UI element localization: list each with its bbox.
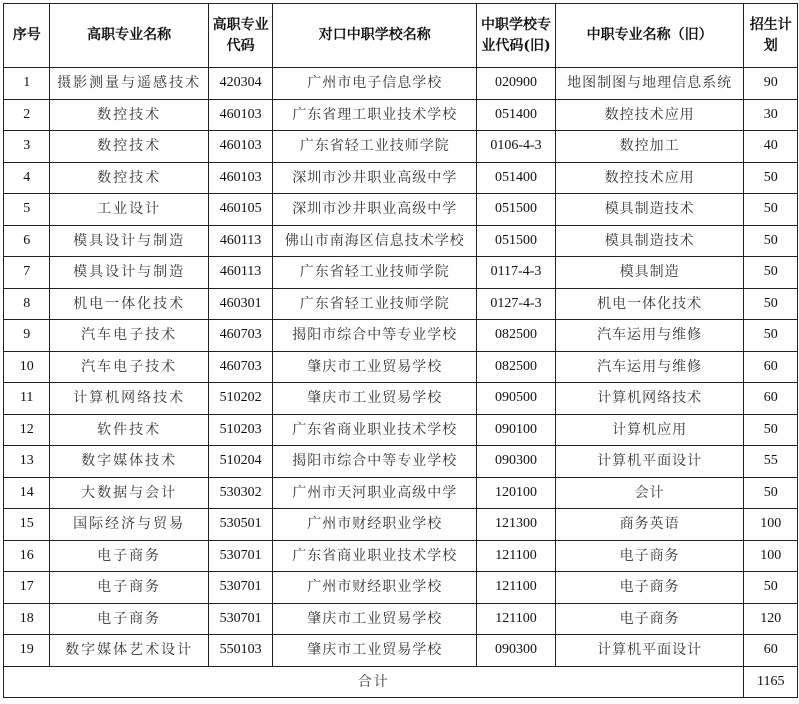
cell-serial-no: 4 xyxy=(4,162,50,194)
cell-old-major-code: 121100 xyxy=(477,540,556,572)
cell-higher-vocational-major: 计算机网络技术 xyxy=(50,383,208,415)
cell-higher-vocational-major: 摄影测量与遥感技术 xyxy=(50,68,208,100)
cell-secondary-school: 肇庆市工业贸易学校 xyxy=(273,383,477,415)
cell-higher-vocational-major: 大数据与会计 xyxy=(50,477,208,509)
cell-higher-vocational-code: 460113 xyxy=(208,257,273,289)
cell-higher-vocational-code: 460703 xyxy=(208,351,273,383)
header-higher-vocational-major: 高职专业名称 xyxy=(50,4,208,68)
cell-old-major-name: 电子商务 xyxy=(555,540,744,572)
cell-higher-vocational-major: 数控技术 xyxy=(50,99,208,131)
cell-old-major-name: 电子商务 xyxy=(555,572,744,604)
cell-old-major-code: 0117-4-3 xyxy=(477,257,556,289)
cell-secondary-school: 广州市财经职业学校 xyxy=(273,572,477,604)
cell-secondary-school: 广东省轻工业技师学院 xyxy=(273,131,477,163)
header-secondary-school: 对口中职学校名称 xyxy=(273,4,477,68)
total-row: 合计 1165 xyxy=(4,666,798,697)
table-row: 3数控技术460103广东省轻工业技师学院0106-4-3数控加工40 xyxy=(4,131,798,163)
cell-serial-no: 8 xyxy=(4,288,50,320)
table-row: 18电子商务530701肇庆市工业贸易学校121100电子商务120 xyxy=(4,603,798,635)
cell-higher-vocational-code: 460105 xyxy=(208,194,273,226)
cell-secondary-school: 广东省理工职业技术学校 xyxy=(273,99,477,131)
cell-old-major-name: 汽车运用与维修 xyxy=(555,351,744,383)
cell-serial-no: 18 xyxy=(4,603,50,635)
header-enrollment-plan: 招生计划 xyxy=(744,4,798,68)
cell-secondary-school: 广州市天河职业高级中学 xyxy=(273,477,477,509)
cell-higher-vocational-code: 530302 xyxy=(208,477,273,509)
cell-higher-vocational-code: 550103 xyxy=(208,635,273,667)
table-body: 1摄影测量与遥感技术420304广州市电子信息学校020900地图制图与地理信息… xyxy=(4,68,798,667)
cell-serial-no: 9 xyxy=(4,320,50,352)
cell-enrollment-plan: 120 xyxy=(744,603,798,635)
cell-serial-no: 16 xyxy=(4,540,50,572)
cell-higher-vocational-code: 420304 xyxy=(208,68,273,100)
cell-higher-vocational-major: 数字媒体艺术设计 xyxy=(50,635,208,667)
cell-old-major-name: 数控加工 xyxy=(555,131,744,163)
cell-higher-vocational-code: 460103 xyxy=(208,99,273,131)
cell-higher-vocational-major: 机电一体化技术 xyxy=(50,288,208,320)
cell-old-major-name: 机电一体化技术 xyxy=(555,288,744,320)
cell-enrollment-plan: 50 xyxy=(744,162,798,194)
cell-higher-vocational-code: 530501 xyxy=(208,509,273,541)
cell-old-major-code: 082500 xyxy=(477,320,556,352)
cell-old-major-code: 0106-4-3 xyxy=(477,131,556,163)
table-row: 14大数据与会计530302广州市天河职业高级中学120100会计50 xyxy=(4,477,798,509)
cell-secondary-school: 肇庆市工业贸易学校 xyxy=(273,635,477,667)
cell-old-major-code: 090100 xyxy=(477,414,556,446)
cell-enrollment-plan: 60 xyxy=(744,383,798,415)
cell-serial-no: 15 xyxy=(4,509,50,541)
table-row: 16电子商务530701广东省商业职业技术学校121100电子商务100 xyxy=(4,540,798,572)
cell-higher-vocational-code: 530701 xyxy=(208,572,273,604)
cell-old-major-name: 汽车运用与维修 xyxy=(555,320,744,352)
cell-enrollment-plan: 50 xyxy=(744,225,798,257)
cell-higher-vocational-code: 530701 xyxy=(208,540,273,572)
table-row: 1摄影测量与遥感技术420304广州市电子信息学校020900地图制图与地理信息… xyxy=(4,68,798,100)
cell-old-major-name: 模具制造 xyxy=(555,257,744,289)
header-serial-no: 序号 xyxy=(4,4,50,68)
cell-serial-no: 3 xyxy=(4,131,50,163)
cell-enrollment-plan: 60 xyxy=(744,635,798,667)
cell-old-major-name: 计算机网络技术 xyxy=(555,383,744,415)
cell-old-major-code: 051400 xyxy=(477,162,556,194)
total-plan-value: 1165 xyxy=(744,666,798,697)
cell-secondary-school: 揭阳市综合中等专业学校 xyxy=(273,320,477,352)
cell-old-major-code: 051400 xyxy=(477,99,556,131)
cell-old-major-code: 082500 xyxy=(477,351,556,383)
cell-old-major-code: 051500 xyxy=(477,225,556,257)
table-row: 5工业设计460105深圳市沙井职业高级中学051500模具制造技术50 xyxy=(4,194,798,226)
cell-enrollment-plan: 55 xyxy=(744,446,798,478)
cell-enrollment-plan: 50 xyxy=(744,572,798,604)
cell-secondary-school: 深圳市沙井职业高级中学 xyxy=(273,194,477,226)
table-row: 19数字媒体艺术设计550103肇庆市工业贸易学校090300计算机平面设计60 xyxy=(4,635,798,667)
cell-serial-no: 10 xyxy=(4,351,50,383)
cell-enrollment-plan: 60 xyxy=(744,351,798,383)
cell-enrollment-plan: 30 xyxy=(744,99,798,131)
cell-old-major-name: 数控技术应用 xyxy=(555,99,744,131)
cell-higher-vocational-major: 电子商务 xyxy=(50,572,208,604)
table-row: 9汽车电子技术460703揭阳市综合中等专业学校082500汽车运用与维修50 xyxy=(4,320,798,352)
table-row: 8机电一体化技术460301广东省轻工业技师学院0127-4-3机电一体化技术5… xyxy=(4,288,798,320)
cell-old-major-name: 数控技术应用 xyxy=(555,162,744,194)
cell-secondary-school: 广东省商业职业技术学校 xyxy=(273,540,477,572)
cell-old-major-name: 模具制造技术 xyxy=(555,194,744,226)
cell-higher-vocational-major: 模具设计与制造 xyxy=(50,257,208,289)
table-row: 6模具设计与制造460113佛山市南海区信息技术学校051500模具制造技术50 xyxy=(4,225,798,257)
cell-higher-vocational-major: 软件技术 xyxy=(50,414,208,446)
cell-enrollment-plan: 100 xyxy=(744,540,798,572)
header-old-major-name: 中职专业名称（旧） xyxy=(555,4,744,68)
cell-old-major-code: 120100 xyxy=(477,477,556,509)
cell-secondary-school: 广州市财经职业学校 xyxy=(273,509,477,541)
cell-higher-vocational-major: 电子商务 xyxy=(50,603,208,635)
cell-old-major-name: 会计 xyxy=(555,477,744,509)
header-row: 序号 高职专业名称 高职专业代码 对口中职学校名称 中职学校专业代码(旧) 中职… xyxy=(4,4,798,68)
cell-old-major-name: 计算机平面设计 xyxy=(555,446,744,478)
cell-higher-vocational-major: 数字媒体技术 xyxy=(50,446,208,478)
cell-old-major-code: 0127-4-3 xyxy=(477,288,556,320)
cell-higher-vocational-code: 510202 xyxy=(208,383,273,415)
cell-higher-vocational-major: 工业设计 xyxy=(50,194,208,226)
cell-serial-no: 6 xyxy=(4,225,50,257)
header-old-major-code: 中职学校专业代码(旧) xyxy=(477,4,556,68)
header-higher-vocational-code: 高职专业代码 xyxy=(208,4,273,68)
table-row: 2数控技术460103广东省理工职业技术学校051400数控技术应用30 xyxy=(4,99,798,131)
cell-old-major-name: 电子商务 xyxy=(555,603,744,635)
table-row: 10汽车电子技术460703肇庆市工业贸易学校082500汽车运用与维修60 xyxy=(4,351,798,383)
cell-higher-vocational-major: 汽车电子技术 xyxy=(50,320,208,352)
cell-higher-vocational-code: 460301 xyxy=(208,288,273,320)
cell-enrollment-plan: 50 xyxy=(744,288,798,320)
cell-serial-no: 11 xyxy=(4,383,50,415)
table-row: 12软件技术510203广东省商业职业技术学校090100计算机应用50 xyxy=(4,414,798,446)
cell-higher-vocational-major: 电子商务 xyxy=(50,540,208,572)
cell-secondary-school: 肇庆市工业贸易学校 xyxy=(273,351,477,383)
cell-old-major-code: 090300 xyxy=(477,635,556,667)
cell-higher-vocational-code: 460103 xyxy=(208,131,273,163)
table-row: 17电子商务530701广州市财经职业学校121100电子商务50 xyxy=(4,572,798,604)
cell-old-major-code: 090500 xyxy=(477,383,556,415)
total-label: 合计 xyxy=(4,666,744,697)
table-row: 15国际经济与贸易530501广州市财经职业学校121300商务英语100 xyxy=(4,509,798,541)
cell-old-major-code: 121100 xyxy=(477,572,556,604)
cell-higher-vocational-major: 模具设计与制造 xyxy=(50,225,208,257)
cell-old-major-name: 商务英语 xyxy=(555,509,744,541)
cell-serial-no: 12 xyxy=(4,414,50,446)
cell-secondary-school: 广州市电子信息学校 xyxy=(273,68,477,100)
cell-serial-no: 2 xyxy=(4,99,50,131)
cell-old-major-code: 051500 xyxy=(477,194,556,226)
cell-higher-vocational-major: 国际经济与贸易 xyxy=(50,509,208,541)
cell-higher-vocational-major: 数控技术 xyxy=(50,162,208,194)
cell-old-major-name: 模具制造技术 xyxy=(555,225,744,257)
cell-secondary-school: 佛山市南海区信息技术学校 xyxy=(273,225,477,257)
cell-higher-vocational-major: 汽车电子技术 xyxy=(50,351,208,383)
cell-enrollment-plan: 50 xyxy=(744,320,798,352)
cell-serial-no: 13 xyxy=(4,446,50,478)
cell-higher-vocational-code: 510204 xyxy=(208,446,273,478)
cell-enrollment-plan: 50 xyxy=(744,194,798,226)
cell-old-major-code: 121300 xyxy=(477,509,556,541)
cell-higher-vocational-major: 数控技术 xyxy=(50,131,208,163)
cell-higher-vocational-code: 460113 xyxy=(208,225,273,257)
cell-higher-vocational-code: 510203 xyxy=(208,414,273,446)
cell-higher-vocational-code: 530701 xyxy=(208,603,273,635)
cell-serial-no: 7 xyxy=(4,257,50,289)
cell-higher-vocational-code: 460703 xyxy=(208,320,273,352)
cell-old-major-code: 121100 xyxy=(477,603,556,635)
cell-enrollment-plan: 50 xyxy=(744,414,798,446)
cell-old-major-code: 090300 xyxy=(477,446,556,478)
cell-enrollment-plan: 90 xyxy=(744,68,798,100)
cell-serial-no: 5 xyxy=(4,194,50,226)
cell-serial-no: 1 xyxy=(4,68,50,100)
cell-secondary-school: 广东省轻工业技师学院 xyxy=(273,257,477,289)
cell-serial-no: 17 xyxy=(4,572,50,604)
cell-enrollment-plan: 50 xyxy=(744,477,798,509)
cell-secondary-school: 揭阳市综合中等专业学校 xyxy=(273,446,477,478)
table-row: 13数字媒体技术510204揭阳市综合中等专业学校090300计算机平面设计55 xyxy=(4,446,798,478)
table-row: 7模具设计与制造460113广东省轻工业技师学院0117-4-3模具制造50 xyxy=(4,257,798,289)
cell-serial-no: 19 xyxy=(4,635,50,667)
table-row: 4数控技术460103深圳市沙井职业高级中学051400数控技术应用50 xyxy=(4,162,798,194)
cell-serial-no: 14 xyxy=(4,477,50,509)
cell-old-major-name: 计算机平面设计 xyxy=(555,635,744,667)
cell-enrollment-plan: 100 xyxy=(744,509,798,541)
cell-secondary-school: 广东省轻工业技师学院 xyxy=(273,288,477,320)
cell-secondary-school: 深圳市沙井职业高级中学 xyxy=(273,162,477,194)
cell-old-major-name: 计算机应用 xyxy=(555,414,744,446)
enrollment-plan-table: 序号 高职专业名称 高职专业代码 对口中职学校名称 中职学校专业代码(旧) 中职… xyxy=(3,3,798,698)
cell-old-major-name: 地图制图与地理信息系统 xyxy=(555,68,744,100)
cell-secondary-school: 肇庆市工业贸易学校 xyxy=(273,603,477,635)
cell-old-major-code: 020900 xyxy=(477,68,556,100)
cell-secondary-school: 广东省商业职业技术学校 xyxy=(273,414,477,446)
table-row: 11计算机网络技术510202肇庆市工业贸易学校090500计算机网络技术60 xyxy=(4,383,798,415)
cell-enrollment-plan: 50 xyxy=(744,257,798,289)
cell-enrollment-plan: 40 xyxy=(744,131,798,163)
cell-higher-vocational-code: 460103 xyxy=(208,162,273,194)
